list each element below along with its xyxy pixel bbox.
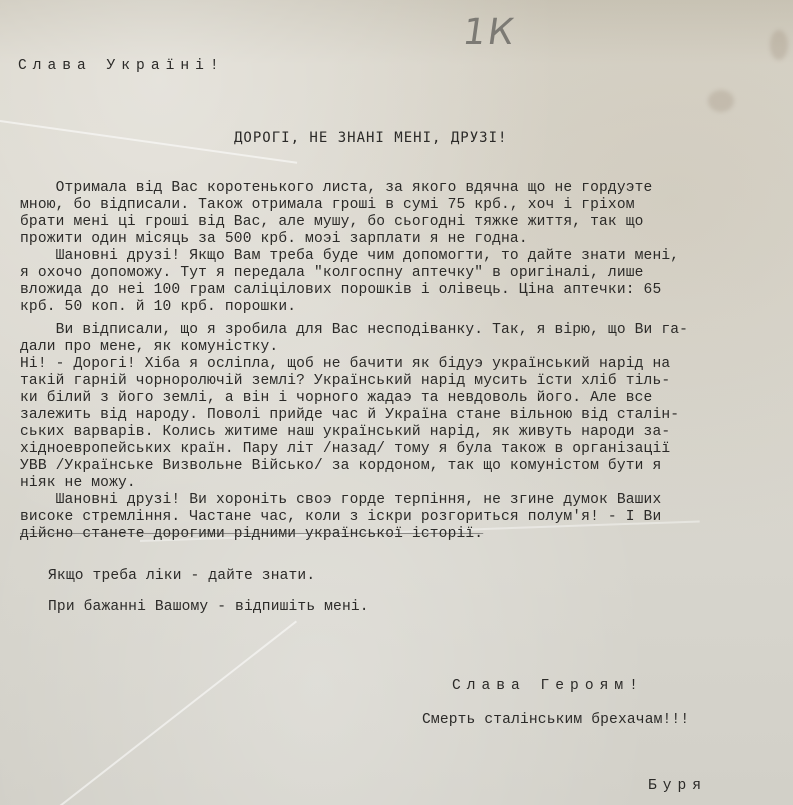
body-line: я охочо допоможу. Тут я передала "колгос… xyxy=(20,265,644,281)
postscript-medicine: Якщо треба ліки - дайте знати. xyxy=(48,568,315,584)
body-line: мною, бо відписали. Також отримала гроші… xyxy=(20,197,635,213)
body-line: високе стремління. Частане час, коли з і… xyxy=(20,509,661,525)
pencil-annotation: 1К xyxy=(460,12,518,53)
body-line: прожити один місяць за 500 крб. моэі зар… xyxy=(20,231,528,247)
closing-glory: Слава Героям! xyxy=(452,678,644,694)
signature: Буря xyxy=(648,778,707,794)
body-line: Шановні друзі! Ви хороніть своэ горде те… xyxy=(20,492,661,508)
body-line: такій гарній чорноролючій землі? Українс… xyxy=(20,373,670,389)
body-line: вложида до неі 100 грам саліцілових поро… xyxy=(20,282,661,298)
body-line: Шановні друзі! Якщо Вам треба буде чим д… xyxy=(20,248,679,264)
body-line: крб. 50 коп. й 10 крб. порошки. xyxy=(20,299,296,315)
paper-crease xyxy=(59,621,297,805)
body-line: хідноевропейських країн. Пару літ /назад… xyxy=(20,441,670,457)
body-line: дали про мене, як комуністку. xyxy=(20,339,278,355)
postscript-reply: При бажанні Вашому - відпишіть мені. xyxy=(48,599,369,615)
body-line: дійсно станете дорогими рідними українсь… xyxy=(20,526,483,542)
body-line: Ви відписали, що я зробила для Вас неспо… xyxy=(20,322,688,338)
body-line: Отримала від Вас коротенького листа, за … xyxy=(20,180,652,196)
letter-page: 1К Слава Україні! ДОРОГІ, НЕ ЗНАНІ МЕНІ,… xyxy=(0,0,793,805)
body-line: брати мені ці гроші від Вас, але мушу, б… xyxy=(20,214,644,230)
body-line: Ні! - Дорогі! Хіба я осліпла, щоб не бач… xyxy=(20,356,670,372)
paper-stain xyxy=(770,30,788,60)
greeting: Слава Україні! xyxy=(18,58,225,74)
paper-stain xyxy=(708,90,734,112)
body-line: залежить від народу. Поволі прийде час й… xyxy=(20,407,679,423)
body-line: ських варварів. Колись житиме наш україн… xyxy=(20,424,670,440)
letter-title: ДОРОГІ, НЕ ЗНАНІ МЕНІ, ДРУЗІ! xyxy=(234,130,507,146)
body-line: ніяк не можу. xyxy=(20,475,136,491)
body-line: УВВ /Українське Визвольне Військо/ за ко… xyxy=(20,458,661,474)
closing-slogan: Смерть сталінським брехачам!!! xyxy=(422,712,689,728)
body-line: ки білий з його землі, а він і чорного ж… xyxy=(20,390,652,406)
